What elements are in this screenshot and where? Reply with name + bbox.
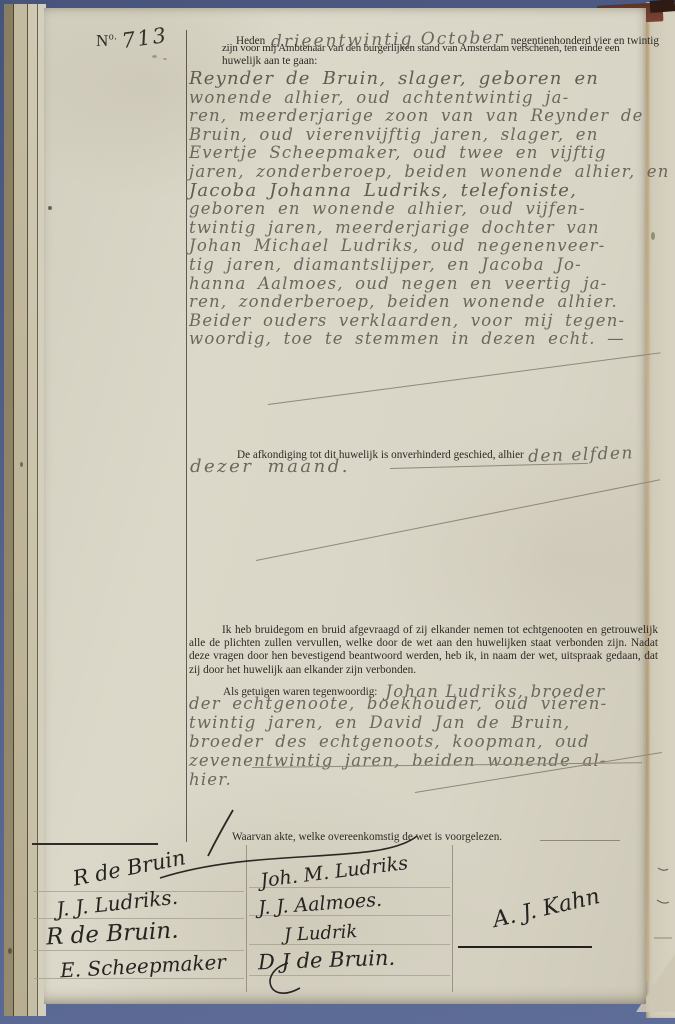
ink-speck	[152, 55, 157, 58]
ink-speck	[163, 58, 167, 60]
ink-flourishes	[0, 0, 675, 1024]
ink-speck	[48, 206, 52, 210]
ink-speck	[651, 232, 655, 240]
scanned-register-photo: No. 713 Heden drieentwintig October nege…	[0, 0, 675, 1024]
ink-speck	[20, 462, 23, 467]
ink-speck	[8, 948, 12, 954]
